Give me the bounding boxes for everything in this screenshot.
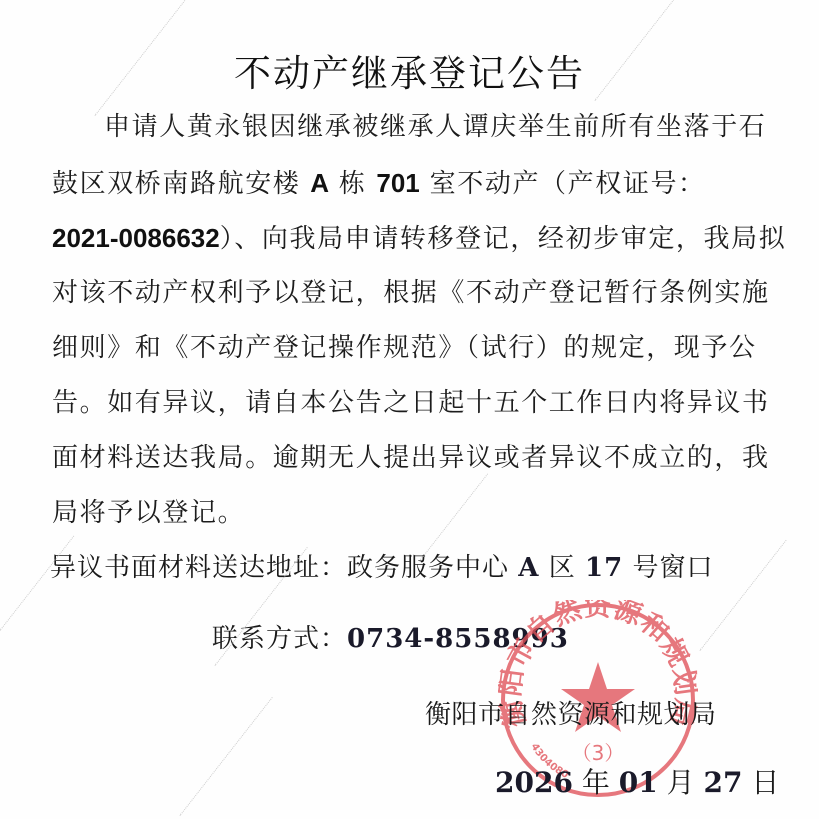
contact-label: 联系方式：: [212, 624, 347, 654]
date-year-unit: 年: [573, 766, 619, 799]
watermark-trace: [0, 536, 74, 631]
seal-sub-text: （3）: [572, 741, 625, 765]
body-line-8: 局将予以登记。: [52, 498, 772, 528]
body-line-3: 2021-0086632）、向我局申请转移登记，经初步审定，我局拟: [52, 223, 772, 254]
body-text: 局将予以登记。: [52, 498, 245, 528]
body-line-6: 告。如有异议，请自本公告之日起十五个工作日内将异议书: [52, 388, 772, 418]
address-zone: A: [518, 553, 539, 583]
objection-address: 异议书面材料送达地址：政务服务中心 A 区 17 号窗口: [50, 553, 713, 583]
body-line-4: 对该不动产权利予以登记，根据《不动产登记暂行条例实施: [52, 278, 772, 308]
date-day: 27: [704, 766, 743, 799]
body-line-1: 申请人黄永银因继承被继承人谭庆举生前所有坐落于石: [104, 112, 819, 142]
address-zone-suffix: 区: [539, 553, 585, 583]
body-text: 对该不动产权利予以登记，根据《不动产登记暂行条例实施: [52, 278, 770, 308]
body-text: 室不动产（产权证号：: [420, 169, 706, 199]
body-text: 面材料送达我局。逾期无人提出异议或者异议不成立的，我: [52, 443, 770, 473]
body-text: 申请人黄永银因继承被继承人谭庆举生前所有坐落于石: [104, 112, 766, 142]
building-letter: A: [310, 168, 329, 198]
body-text: 细则》和《不动产登记操作规范》（试行）的规定，现予公: [52, 333, 757, 363]
notice-page: 不动产继承登记公告 申请人黄永银因继承被继承人谭庆举生前所有坐落于石 鼓区双桥南…: [0, 0, 819, 819]
body-text: 告。如有异议，请自本公告之日起十五个工作日内将异议书: [52, 388, 770, 418]
watermark-trace: [180, 697, 273, 816]
body-line-2: 鼓区双桥南路航安楼 A 栋 701 室不动产（产权证号：: [52, 168, 772, 199]
body-text: 栋: [329, 169, 376, 199]
date-day-unit: 日: [743, 766, 780, 799]
body-line-7: 面材料送达我局。逾期无人提出异议或者异议不成立的，我: [52, 443, 772, 473]
body-text: 鼓区双桥南路航安楼: [52, 169, 310, 199]
address-window-number: 17: [585, 553, 623, 583]
issuer-name: 衡阳市自然资源和规划局: [425, 700, 717, 730]
issue-date: 2026 年 01 月 27 日: [495, 767, 779, 799]
address-window-suffix: 号窗口: [623, 553, 713, 583]
date-year: 2026: [495, 766, 573, 799]
body-line-5: 细则》和《不动产登记操作规范》（试行）的规定，现予公: [52, 333, 772, 363]
notice-title: 不动产继承登记公告: [0, 43, 819, 97]
body-text: ）、向我局申请转移登记，经初步审定，我局拟: [220, 224, 787, 254]
date-month: 01: [619, 766, 658, 799]
address-prefix: 政务服务中心: [347, 553, 518, 583]
room-number: 701: [376, 168, 419, 198]
certificate-number: 2021-0086632: [52, 223, 220, 253]
date-month-unit: 月: [658, 766, 704, 799]
address-label: 异议书面材料送达地址：: [50, 553, 347, 583]
